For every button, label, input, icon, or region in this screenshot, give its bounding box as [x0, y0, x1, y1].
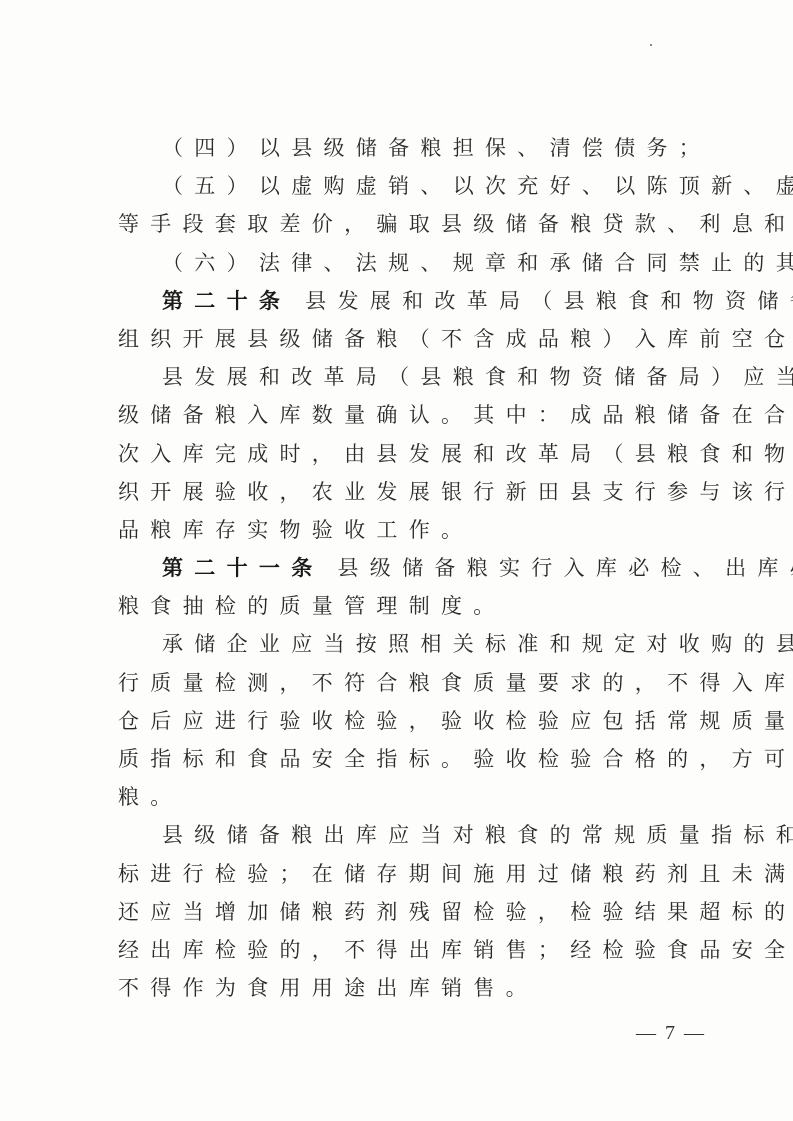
article-21-para3-line-2: 标进行检验；在储存期间施用过储粮药剂且未满安全间隔期的， — [118, 855, 702, 893]
article-21-para2-line-3: 仓后应进行验收检验，验收检验应包括常规质量指标、储存品 — [118, 702, 702, 740]
article-21-para2-line-1: 承储企业应当按照相关标准和规定对收购的县级储备粮进 — [118, 625, 702, 663]
article-21-para3-line-3: 还应当增加储粮药剂残留检验，检验结果超标的暂缓出库。未 — [118, 893, 702, 931]
article-21-para2-line-5: 粮。 — [118, 778, 702, 816]
article-21-heading: 第二十一条 — [162, 556, 324, 580]
article-20-para2-line-1: 县发展和改革局（县粮食和物资储备局）应当组织开展县 — [118, 358, 702, 396]
list-item-5-line-1: （五）以虚购虚销、以次充好、以陈顶新、虚增入库成本 — [118, 167, 702, 205]
article-20-line-1: 第二十条县发展和改革局（县粮食和物资储备局）应当 — [118, 282, 702, 320]
body-text: （四）以县级储备粮担保、清偿债务； （五）以虚购虚销、以次充好、以陈顶新、虚增入… — [118, 129, 702, 1007]
article-21-text: 县级储备粮实行入库必检、出库必检、在储 — [338, 556, 793, 580]
article-20-para2-line-4: 织开展验收，农业发展银行新田县支行参与该行贷款支持的成 — [118, 473, 702, 511]
article-20-line-2: 组织开展县级储备粮（不含成品粮）入库前空仓（罐）验收。 — [118, 320, 702, 358]
list-item-4: （四）以县级储备粮担保、清偿债务； — [118, 129, 702, 167]
article-21-line-1: 第二十一条县级储备粮实行入库必检、出库必检、在储 — [118, 549, 702, 587]
article-21-para3-line-5: 不得作为食用用途出库销售。 — [118, 969, 702, 1007]
article-20-para2-line-5: 品粮库存实物验收工作。 — [118, 511, 702, 549]
article-21-line-2: 粮食抽检的质量管理制度。 — [118, 587, 702, 625]
page-number: — 7 — — [636, 1020, 706, 1046]
article-21-para2-line-4: 质指标和食品安全指标。验收检验合格的，方可作为县级储备 — [118, 740, 702, 778]
article-21-para3-line-4: 经出库检验的，不得出库销售；经检验食品安全指标超标的， — [118, 931, 702, 969]
list-item-5-line-2: 等手段套取差价，骗取县级储备粮贷款、利息和费用补贴； — [118, 205, 702, 243]
list-item-6: （六）法律、法规、规章和承储合同禁止的其他行为。 — [118, 244, 702, 282]
scan-speck — [650, 44, 652, 46]
article-20-para2-line-3: 次入库完成时，由县发展和改革局（县粮食和物资储备局）组 — [118, 435, 702, 473]
article-21-para3-line-1: 县级储备粮出库应当对粮食的常规质量指标和食品安全指 — [118, 816, 702, 854]
article-20-text: 县发展和改革局（县粮食和物资储备局）应当 — [305, 289, 793, 313]
document-page: （四）以县级储备粮担保、清偿债务； （五）以虚购虚销、以次充好、以陈顶新、虚增入… — [0, 0, 793, 1121]
article-20-para2-line-2: 级储备粮入库数量确认。其中：成品粮储备在合同签订后的初 — [118, 396, 702, 434]
article-21-para2-line-2: 行质量检测，不符合粮食质量要求的，不得入库。粮食入库平 — [118, 664, 702, 702]
article-20-heading: 第二十条 — [162, 289, 291, 313]
